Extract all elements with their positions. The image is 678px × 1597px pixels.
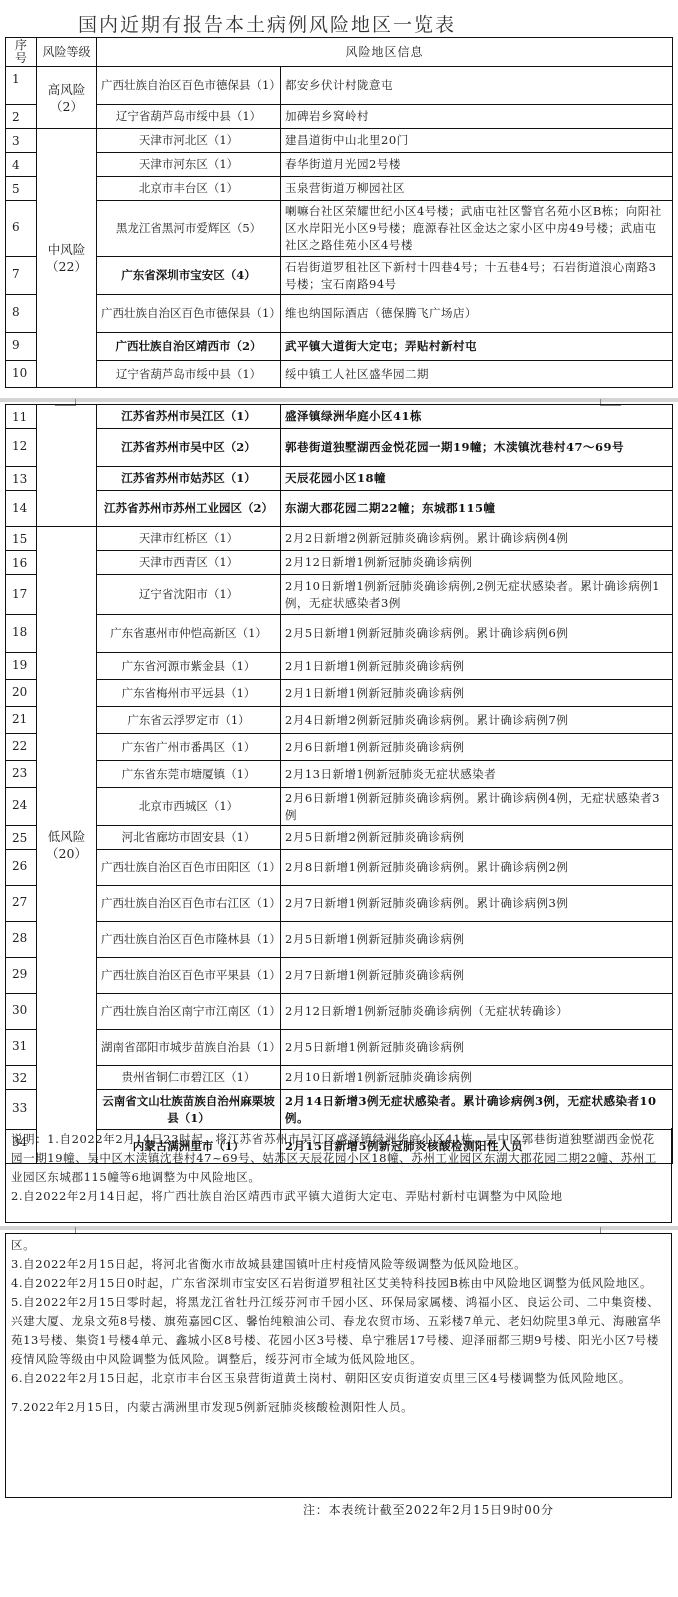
row-number: 23 bbox=[6, 761, 37, 788]
table-row: 23 广东省东莞市塘厦镇（1） 2月13日新增1例新冠肺炎无症状感染者 bbox=[6, 761, 673, 788]
info-cell: 石岩街道罗租社区下新村十四巷4号；十五巷4号；石岩街道浪心南路3号楼；宝石南路9… bbox=[281, 257, 673, 295]
area-cell: 广东省广州市番禺区（1） bbox=[97, 734, 281, 761]
info-cell: 盛泽镇绿洲华庭小区41栋 bbox=[281, 405, 673, 429]
note-1: 说明：1.自2022年2月14日23时起，将江苏省苏州市吴江区盛泽镇绿洲华庭小区… bbox=[11, 1130, 666, 1187]
risk-table-page-1: 序号 风险等级 风险地区信息 1 高风险（2） 广西壮族自治区百色市德保县（1）… bbox=[5, 37, 673, 388]
row-number: 15 bbox=[6, 527, 37, 551]
row-number: 28 bbox=[6, 922, 37, 958]
area-cell: 辽宁省沈阳市（1） bbox=[97, 575, 281, 615]
table-row: 31 湖南省邵阳市城步苗族自治县（1） 2月5日新增1例新冠肺炎确诊病例 bbox=[6, 1030, 673, 1066]
table-row: 9 广西壮族自治区靖西市（2） 武平镇大道街大定屯；弄贴村新村屯 bbox=[6, 333, 673, 361]
row-number: 20 bbox=[6, 680, 37, 707]
area-cell: 广西壮族自治区靖西市（2） bbox=[97, 333, 281, 361]
area-cell: 广东省梅州市平远县（1） bbox=[97, 680, 281, 707]
info-cell: 2月1日新增1例新冠肺炎确诊病例 bbox=[281, 653, 673, 680]
row-number: 3 bbox=[6, 129, 37, 153]
table-row: 15 低风险（20） 天津市红桥区（1） 2月2日新增2例新冠肺炎确诊病例。累计… bbox=[6, 527, 673, 551]
info-cell: 武平镇大道街大定屯；弄贴村新村屯 bbox=[281, 333, 673, 361]
note-7: 7.2022年2月15日，内蒙古满洲里市发现5例新冠肺炎核酸检测阳性人员。 bbox=[11, 1398, 666, 1417]
info-cell: 2月5日新增1例新冠肺炎确诊病例。累计确诊病例6例 bbox=[281, 615, 673, 653]
area-cell: 广东省惠州市仲恺高新区（1） bbox=[97, 615, 281, 653]
info-cell: 2月7日新增1例新冠肺炎确诊病例。累计确诊病例3例 bbox=[281, 886, 673, 922]
page-title: 国内近期有报告本土病例风险地区一览表 bbox=[0, 10, 678, 37]
area-cell: 天津市河东区（1） bbox=[97, 153, 281, 177]
row-number: 12 bbox=[6, 429, 37, 467]
area-cell: 云南省文山壮族苗族自治州麻栗坡县（1） bbox=[97, 1090, 281, 1130]
info-cell: 2月10日新增1例新冠肺炎确诊病例 bbox=[281, 1066, 673, 1090]
table-row: 1 高风险（2） 广西壮族自治区百色市德保县（1） 都安乡伏计村陇意屯 bbox=[6, 67, 673, 105]
info-cell: 喇嘛台社区荣耀世纪小区4号楼；武庙屯社区警官名苑小区B栋；向阳社区水岸阳光小区9… bbox=[281, 201, 673, 257]
info-cell: 2月5日新增1例新冠肺炎确诊病例 bbox=[281, 922, 673, 958]
info-cell: 2月1日新增1例新冠肺炎确诊病例 bbox=[281, 680, 673, 707]
table-row: 33 云南省文山壮族苗族自治州麻栗坡县（1） 2月14日新增3例无症状感染者。累… bbox=[6, 1090, 673, 1130]
table-row: 2 辽宁省葫芦岛市绥中县（1） 加碑岩乡窝岭村 bbox=[6, 105, 673, 129]
table-row: 19 广东省河源市紫金县（1） 2月1日新增1例新冠肺炎确诊病例 bbox=[6, 653, 673, 680]
row-number: 1 bbox=[6, 67, 37, 105]
table-row: 7 广东省深圳市宝安区（4） 石岩街道罗租社区下新村十四巷4号；十五巷4号；石岩… bbox=[6, 257, 673, 295]
row-number: 22 bbox=[6, 734, 37, 761]
statistics-footnote: 注：本表统计截至2022年2月15日9时00分 bbox=[303, 1501, 554, 1518]
table-row: 13 江苏省苏州市姑苏区（1） 天辰花园小区18幢 bbox=[6, 467, 673, 491]
info-cell: 绥中镇工人社区盛华园二期 bbox=[281, 361, 673, 388]
area-cell: 江苏省苏州市吴中区（2） bbox=[97, 429, 281, 467]
note-4: 4.自2022年2月15日0时起，广东省深圳市宝安区石岩街道罗租社区艾美特科技园… bbox=[11, 1274, 666, 1293]
table-row: 30 广西壮族自治区南宁市江南区（1） 2月12日新增1例新冠肺炎确诊病例（无症… bbox=[6, 994, 673, 1030]
area-cell: 辽宁省葫芦岛市绥中县（1） bbox=[97, 361, 281, 388]
table-row: 5 北京市丰台区（1） 玉泉营街道万柳园社区 bbox=[6, 177, 673, 201]
level-low: 低风险（20） bbox=[37, 527, 97, 1164]
table-row: 27 广西壮族自治区百色市右江区（1） 2月7日新增1例新冠肺炎确诊病例。累计确… bbox=[6, 886, 673, 922]
row-number: 13 bbox=[6, 467, 37, 491]
table-row: 11 江苏省苏州市吴江区（1） 盛泽镇绿洲华庭小区41栋 bbox=[6, 405, 673, 429]
note-2-part-b: 区。 bbox=[11, 1236, 666, 1255]
row-number: 33 bbox=[6, 1090, 37, 1130]
area-cell: 北京市丰台区（1） bbox=[97, 177, 281, 201]
info-cell: 郭巷街道独墅湖西金悦花园一期19幢；木渎镇沈巷村47～69号 bbox=[281, 429, 673, 467]
row-number: 16 bbox=[6, 551, 37, 575]
row-number: 25 bbox=[6, 826, 37, 850]
info-cell: 2月12日新增1例新冠肺炎确诊病例（无症状转确诊） bbox=[281, 994, 673, 1030]
area-cell: 天津市河北区（1） bbox=[97, 129, 281, 153]
area-cell: 广东省深圳市宝安区（4） bbox=[97, 257, 281, 295]
row-number: 14 bbox=[6, 491, 37, 527]
notes-box-page-3: 区。 3.自2022年2月15日起，将河北省衡水市故城县建国镇叶庄村疫情风险等级… bbox=[5, 1233, 672, 1498]
info-cell: 建昌道街中山北里20门 bbox=[281, 129, 673, 153]
header-info: 风险地区信息 bbox=[97, 38, 673, 67]
row-number: 30 bbox=[6, 994, 37, 1030]
row-number: 6 bbox=[6, 201, 37, 257]
row-number: 7 bbox=[6, 257, 37, 295]
notes-box-page-2: 说明：1.自2022年2月14日23时起，将江苏省苏州市吴江区盛泽镇绿洲华庭小区… bbox=[5, 1128, 672, 1223]
info-cell: 东湖大郡花园二期22幢；东城郡115幢 bbox=[281, 491, 673, 527]
row-number: 10 bbox=[6, 361, 37, 388]
info-cell: 2月2日新增2例新冠肺炎确诊病例。累计确诊病例4例 bbox=[281, 527, 673, 551]
area-cell: 江苏省苏州市姑苏区（1） bbox=[97, 467, 281, 491]
table-row: 6 黑龙江省黑河市爱辉区（5） 喇嘛台社区荣耀世纪小区4号楼；武庙屯社区警官名苑… bbox=[6, 201, 673, 257]
table-row: 10 辽宁省葫芦岛市绥中县（1） 绥中镇工人社区盛华园二期 bbox=[6, 361, 673, 388]
row-number: 24 bbox=[6, 788, 37, 826]
row-number: 8 bbox=[6, 295, 37, 333]
info-cell: 天辰花园小区18幢 bbox=[281, 467, 673, 491]
header-no: 序号 bbox=[6, 38, 37, 67]
table-row: 3 中风险（22） 天津市河北区（1） 建昌道街中山北里20门 bbox=[6, 129, 673, 153]
area-cell: 广西壮族自治区南宁市江南区（1） bbox=[97, 994, 281, 1030]
info-cell: 玉泉营街道万柳园社区 bbox=[281, 177, 673, 201]
table-row: 29 广西壮族自治区百色市平果县（1） 2月7日新增1例新冠肺炎确诊病例 bbox=[6, 958, 673, 994]
table-header-row: 序号 风险等级 风险地区信息 bbox=[6, 38, 673, 67]
table-row: 17 辽宁省沈阳市（1） 2月10日新增1例新冠肺炎确诊病例,2例无症状感染者。… bbox=[6, 575, 673, 615]
info-cell: 2月6日新增1例新冠肺炎确诊病例 bbox=[281, 734, 673, 761]
table-row: 28 广西壮族自治区百色市隆林县（1） 2月5日新增1例新冠肺炎确诊病例 bbox=[6, 922, 673, 958]
info-cell: 2月10日新增1例新冠肺炎确诊病例,2例无症状感染者。累计确诊病例1例，无症状感… bbox=[281, 575, 673, 615]
area-cell: 黑龙江省黑河市爱辉区（5） bbox=[97, 201, 281, 257]
row-number: 11 bbox=[6, 405, 37, 429]
area-cell: 北京市西城区（1） bbox=[97, 788, 281, 826]
level-high: 高风险（2） bbox=[37, 67, 97, 129]
row-number: 19 bbox=[6, 653, 37, 680]
area-cell: 广西壮族自治区百色市德保县（1） bbox=[97, 295, 281, 333]
info-cell: 2月5日新增2例新冠肺炎确诊病例 bbox=[281, 826, 673, 850]
info-cell: 2月13日新增1例新冠肺炎无症状感染者 bbox=[281, 761, 673, 788]
area-cell: 广西壮族自治区百色市平果县（1） bbox=[97, 958, 281, 994]
area-cell: 广西壮族自治区百色市右江区（1） bbox=[97, 886, 281, 922]
table-row: 18 广东省惠州市仲恺高新区（1） 2月5日新增1例新冠肺炎确诊病例。累计确诊病… bbox=[6, 615, 673, 653]
area-cell: 江苏省苏州市吴江区（1） bbox=[97, 405, 281, 429]
level-medium-continued bbox=[37, 405, 97, 527]
area-cell: 天津市西青区（1） bbox=[97, 551, 281, 575]
risk-table-page-2: 11 江苏省苏州市吴江区（1） 盛泽镇绿洲华庭小区41栋 12 江苏省苏州市吴中… bbox=[5, 404, 673, 1164]
row-number: 18 bbox=[6, 615, 37, 653]
row-number: 32 bbox=[6, 1066, 37, 1090]
row-number: 17 bbox=[6, 575, 37, 615]
area-cell: 广西壮族自治区百色市田阳区（1） bbox=[97, 850, 281, 886]
area-cell: 河北省廊坊市固安县（1） bbox=[97, 826, 281, 850]
area-cell: 广东省东莞市塘厦镇（1） bbox=[97, 761, 281, 788]
info-cell: 2月6日新增1例新冠肺炎确诊病例。累计确诊病例4例，无症状感染者3例 bbox=[281, 788, 673, 826]
row-number: 21 bbox=[6, 707, 37, 734]
info-cell: 2月12日新增1例新冠肺炎确诊病例 bbox=[281, 551, 673, 575]
area-cell: 江苏省苏州市苏州工业园区（2） bbox=[97, 491, 281, 527]
area-cell: 湖南省邵阳市城步苗族自治县（1） bbox=[97, 1030, 281, 1066]
area-cell: 天津市红桥区（1） bbox=[97, 527, 281, 551]
area-cell: 广西壮族自治区百色市德保县（1） bbox=[97, 67, 281, 105]
table-row: 26 广西壮族自治区百色市田阳区（1） 2月8日新增1例新冠肺炎确诊病例。累计确… bbox=[6, 850, 673, 886]
table-row: 16 天津市西青区（1） 2月12日新增1例新冠肺炎确诊病例 bbox=[6, 551, 673, 575]
header-level: 风险等级 bbox=[37, 38, 97, 67]
level-medium: 中风险（22） bbox=[37, 129, 97, 388]
row-number: 4 bbox=[6, 153, 37, 177]
table-row: 21 广东省云浮罗定市（1） 2月4日新增2例新冠肺炎确诊病例。累计确诊病例7例 bbox=[6, 707, 673, 734]
area-cell: 广东省云浮罗定市（1） bbox=[97, 707, 281, 734]
info-cell: 2月8日新增1例新冠肺炎确诊病例。累计确诊病例2例 bbox=[281, 850, 673, 886]
table-row: 12 江苏省苏州市吴中区（2） 郭巷街道独墅湖西金悦花园一期19幢；木渎镇沈巷村… bbox=[6, 429, 673, 467]
row-number: 5 bbox=[6, 177, 37, 201]
table-row: 25 河北省廊坊市固安县（1） 2月5日新增2例新冠肺炎确诊病例 bbox=[6, 826, 673, 850]
table-row: 22 广东省广州市番禺区（1） 2月6日新增1例新冠肺炎确诊病例 bbox=[6, 734, 673, 761]
info-cell: 都安乡伏计村陇意屯 bbox=[281, 67, 673, 105]
note-3: 3.自2022年2月15日起，将河北省衡水市故城县建国镇叶庄村疫情风险等级调整为… bbox=[11, 1255, 666, 1274]
row-number: 9 bbox=[6, 333, 37, 361]
area-cell: 广东省河源市紫金县（1） bbox=[97, 653, 281, 680]
table-row: 4 天津市河东区（1） 春华街道月光园2号楼 bbox=[6, 153, 673, 177]
row-number: 31 bbox=[6, 1030, 37, 1066]
table-row: 24 北京市西城区（1） 2月6日新增1例新冠肺炎确诊病例。累计确诊病例4例，无… bbox=[6, 788, 673, 826]
info-cell: 加碑岩乡窝岭村 bbox=[281, 105, 673, 129]
note-2-part-a: 2.自2022年2月14日起，将广西壮族自治区靖西市武平镇大道街大定屯、弄贴村新… bbox=[11, 1187, 666, 1206]
table-row: 8 广西壮族自治区百色市德保县（1） 维也纳国际酒店（德保腾飞广场店） bbox=[6, 295, 673, 333]
info-cell: 2月4日新增2例新冠肺炎确诊病例。累计确诊病例7例 bbox=[281, 707, 673, 734]
note-5: 5.自2022年2月15日零时起，将黑龙江省牡丹江绥芬河市千园小区、环保局家属楼… bbox=[11, 1293, 666, 1369]
area-cell: 辽宁省葫芦岛市绥中县（1） bbox=[97, 105, 281, 129]
area-cell: 贵州省铜仁市碧江区（1） bbox=[97, 1066, 281, 1090]
table-row: 20 广东省梅州市平远县（1） 2月1日新增1例新冠肺炎确诊病例 bbox=[6, 680, 673, 707]
info-cell: 2月5日新增1例新冠肺炎确诊病例 bbox=[281, 1030, 673, 1066]
row-number: 27 bbox=[6, 886, 37, 922]
info-cell: 2月7日新增1例新冠肺炎确诊病例 bbox=[281, 958, 673, 994]
table-row: 32 贵州省铜仁市碧江区（1） 2月10日新增1例新冠肺炎确诊病例 bbox=[6, 1066, 673, 1090]
row-number: 29 bbox=[6, 958, 37, 994]
info-cell: 维也纳国际酒店（德保腾飞广场店） bbox=[281, 295, 673, 333]
row-number: 26 bbox=[6, 850, 37, 886]
note-6: 6.自2022年2月15日起，北京市丰台区玉泉营街道黄土岗村、朝阳区安贞街道安贞… bbox=[11, 1369, 666, 1388]
info-cell: 春华街道月光园2号楼 bbox=[281, 153, 673, 177]
area-cell: 广西壮族自治区百色市隆林县（1） bbox=[97, 922, 281, 958]
row-number: 2 bbox=[6, 105, 37, 129]
table-row: 14 江苏省苏州市苏州工业园区（2） 东湖大郡花园二期22幢；东城郡115幢 bbox=[6, 491, 673, 527]
info-cell: 2月14日新增3例无症状感染者。累计确诊病例3例，无症状感染者10例。 bbox=[281, 1090, 673, 1130]
